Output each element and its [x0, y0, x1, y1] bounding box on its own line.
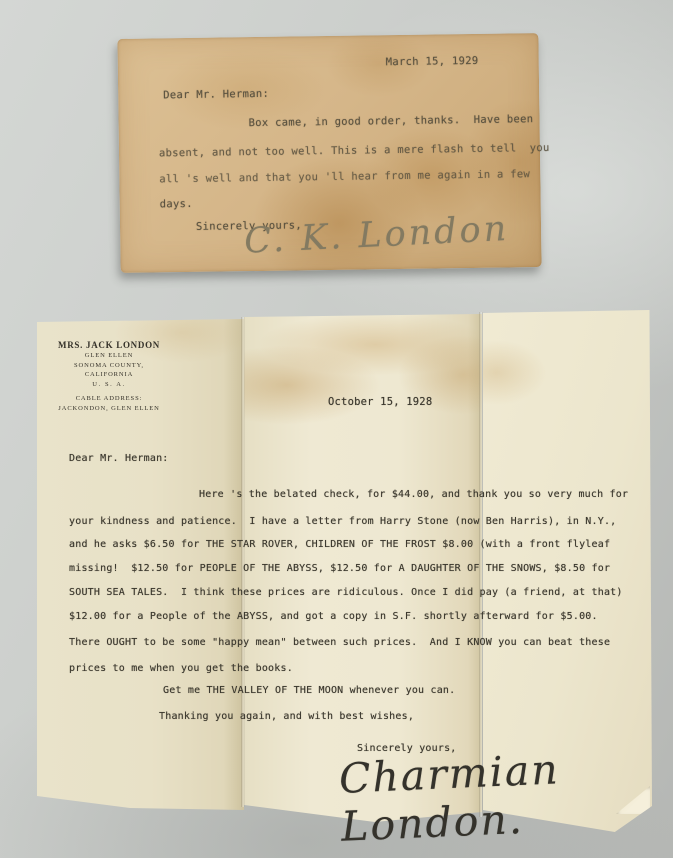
photo-background: March 15, 1929 Dear Mr. Herman: Box came… [0, 0, 673, 858]
fold-crease-right [479, 312, 483, 817]
letter-panel-middle [244, 314, 482, 822]
postcard-body-line: absent, and not too well. This is a mere… [159, 142, 550, 160]
letter-panel-left [37, 318, 244, 810]
postcard-body-line: days. [160, 198, 193, 211]
fold-crease-left [241, 317, 245, 807]
postcard-date: March 15, 1929 [386, 55, 479, 69]
postcard-signature: C. K. London [243, 209, 510, 262]
letter-panel-right [483, 310, 652, 832]
folded-corner [616, 786, 650, 814]
postcard-body-line: all 's well and that you 'll hear from m… [159, 168, 530, 186]
postcard: March 15, 1929 Dear Mr. Herman: Box came… [117, 33, 541, 273]
postcard-body-line: Box came, in good order, thanks. Have be… [248, 113, 533, 130]
postcard-salutation: Dear Mr. Herman: [163, 88, 269, 102]
